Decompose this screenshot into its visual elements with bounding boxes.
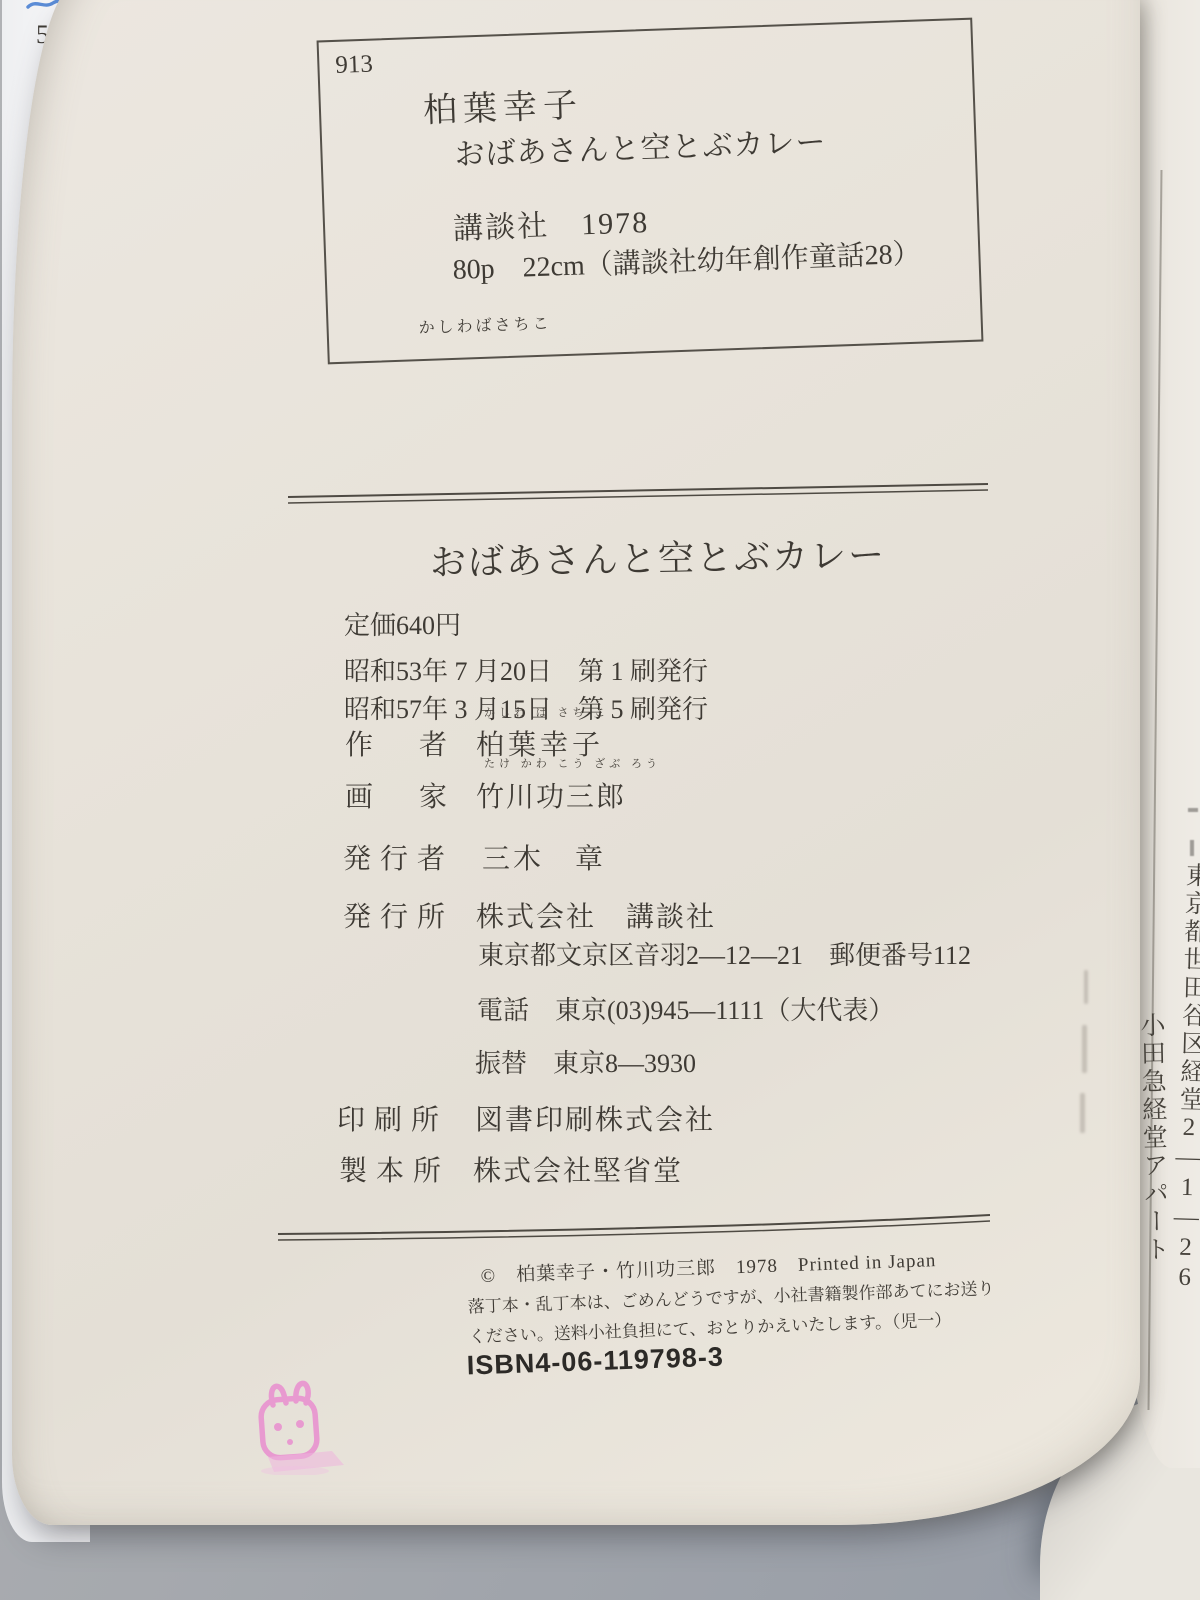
show-through-mark [1082,1025,1087,1073]
show-through-mark [1080,1093,1085,1133]
isbn: ISBN4-06-119798-3 [466,1342,724,1382]
photo-of-book-colophon: 5— ど B 5 小 讀 A 東京都世田谷区経堂2—1—26 小田急経堂アパート… [0,0,1200,1600]
cutoff-glyph-mark [1190,840,1194,856]
colophon-page: 913 柏葉幸子 おばあさんと空とぶカレー 講談社 1978 80p 22cm（… [12,0,1140,1525]
rabbit-stamp-icon [240,1375,360,1475]
cutoff-glyph-mark [1188,808,1198,812]
show-through-mark [1084,970,1088,1004]
copyright-block: © 柏葉幸子・竹川功三郎 1978 Printed in Japan 落丁本・乱… [0,0,1148,1540]
